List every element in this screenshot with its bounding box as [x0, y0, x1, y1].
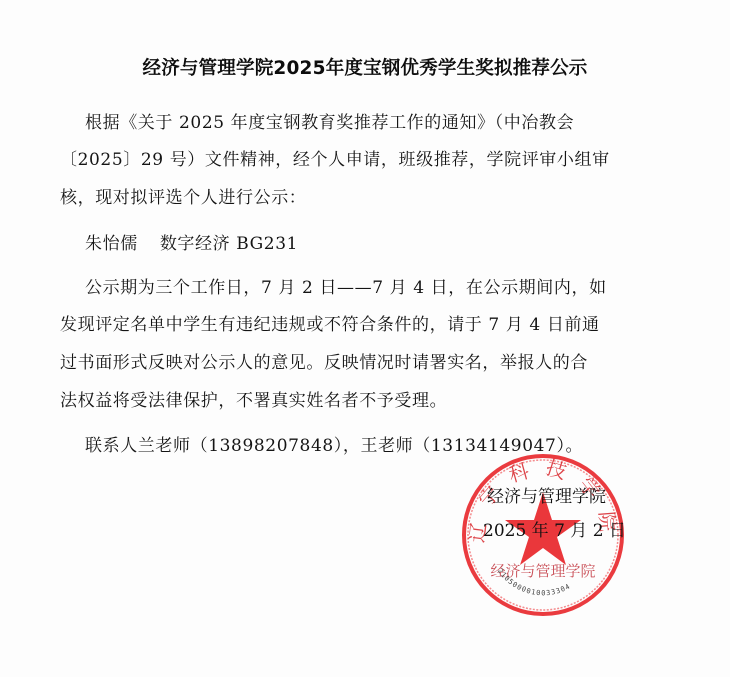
paragraph1-line1: 根据《关于 2025 年度宝钢教育奖推荐工作的通知》（中冶教会 — [85, 108, 574, 133]
document-page: 经济与管理学院2025年度宝钢优秀学生奖拟推荐公示 根据《关于 2025 年度宝… — [0, 0, 730, 677]
document-title: 经济与管理学院2025年度宝钢优秀学生奖拟推荐公示 — [0, 54, 730, 80]
paragraph1-line2: 〔2025〕29 号）文件精神，经个人申请，班级推荐，学院评审小组审 — [60, 145, 610, 170]
candidate-class: 数字经济 BG231 — [160, 234, 298, 254]
candidate-name: 朱怡儒 — [85, 234, 138, 254]
candidate-entry: 朱怡儒数字经济 BG231 — [85, 229, 298, 254]
paragraph2-line3: 过书面形式反映对公示人的意见。反映情况时请署实名，举报人的合 — [60, 348, 588, 373]
paragraph2-line2: 发现评定名单中学生有违纪违规或不符合条件的，请于 7 月 4 日前通 — [60, 310, 600, 335]
paragraph2-line4: 法权益将受法律保护，不署真实姓名者不予受理。 — [60, 386, 447, 411]
paragraph2-line1: 公示期为三个工作日，7 月 2 日——7 月 4 日，在公示期间内，如 — [85, 273, 607, 298]
paragraph1-line3: 核，现对拟评选个人进行公示： — [60, 183, 306, 208]
signature-date: 2025 年 7 月 2 日 — [483, 516, 626, 541]
signature-organization: 经济与管理学院 — [487, 482, 606, 507]
